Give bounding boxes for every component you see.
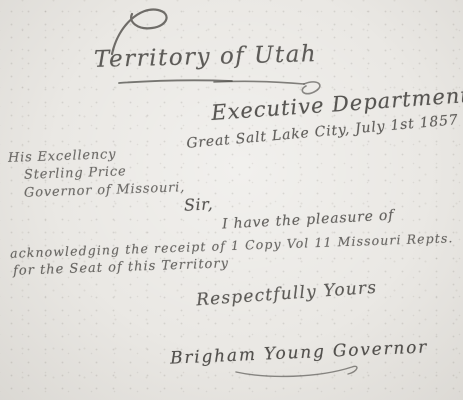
heading-territory-of-utah: Territory of Utah <box>94 41 318 73</box>
recipient-title: Governor of Missouri, <box>24 180 186 201</box>
recipient-name: Sterling Price <box>24 164 127 183</box>
body-line-3: for the Seat of this Territory <box>13 256 229 279</box>
body-line-2: acknowledging the receipt of 1 Copy Vol … <box>10 230 454 260</box>
executive-e-loop-icon <box>302 82 320 94</box>
heading-underline-right <box>214 81 304 84</box>
salutation: Sir, <box>184 194 214 214</box>
signature-brigham-young: Brigham Young Governor <box>170 337 429 368</box>
closing-respectfully: Respectfully Yours <box>196 278 378 311</box>
body-line-1: I have the pleasure of <box>222 208 395 233</box>
heading-underline-left <box>119 80 232 83</box>
letter-document: Territory of Utah Executive Department G… <box>0 0 463 400</box>
recipient-honorific: His Excellency <box>8 147 117 166</box>
signature-flourish <box>236 366 357 376</box>
